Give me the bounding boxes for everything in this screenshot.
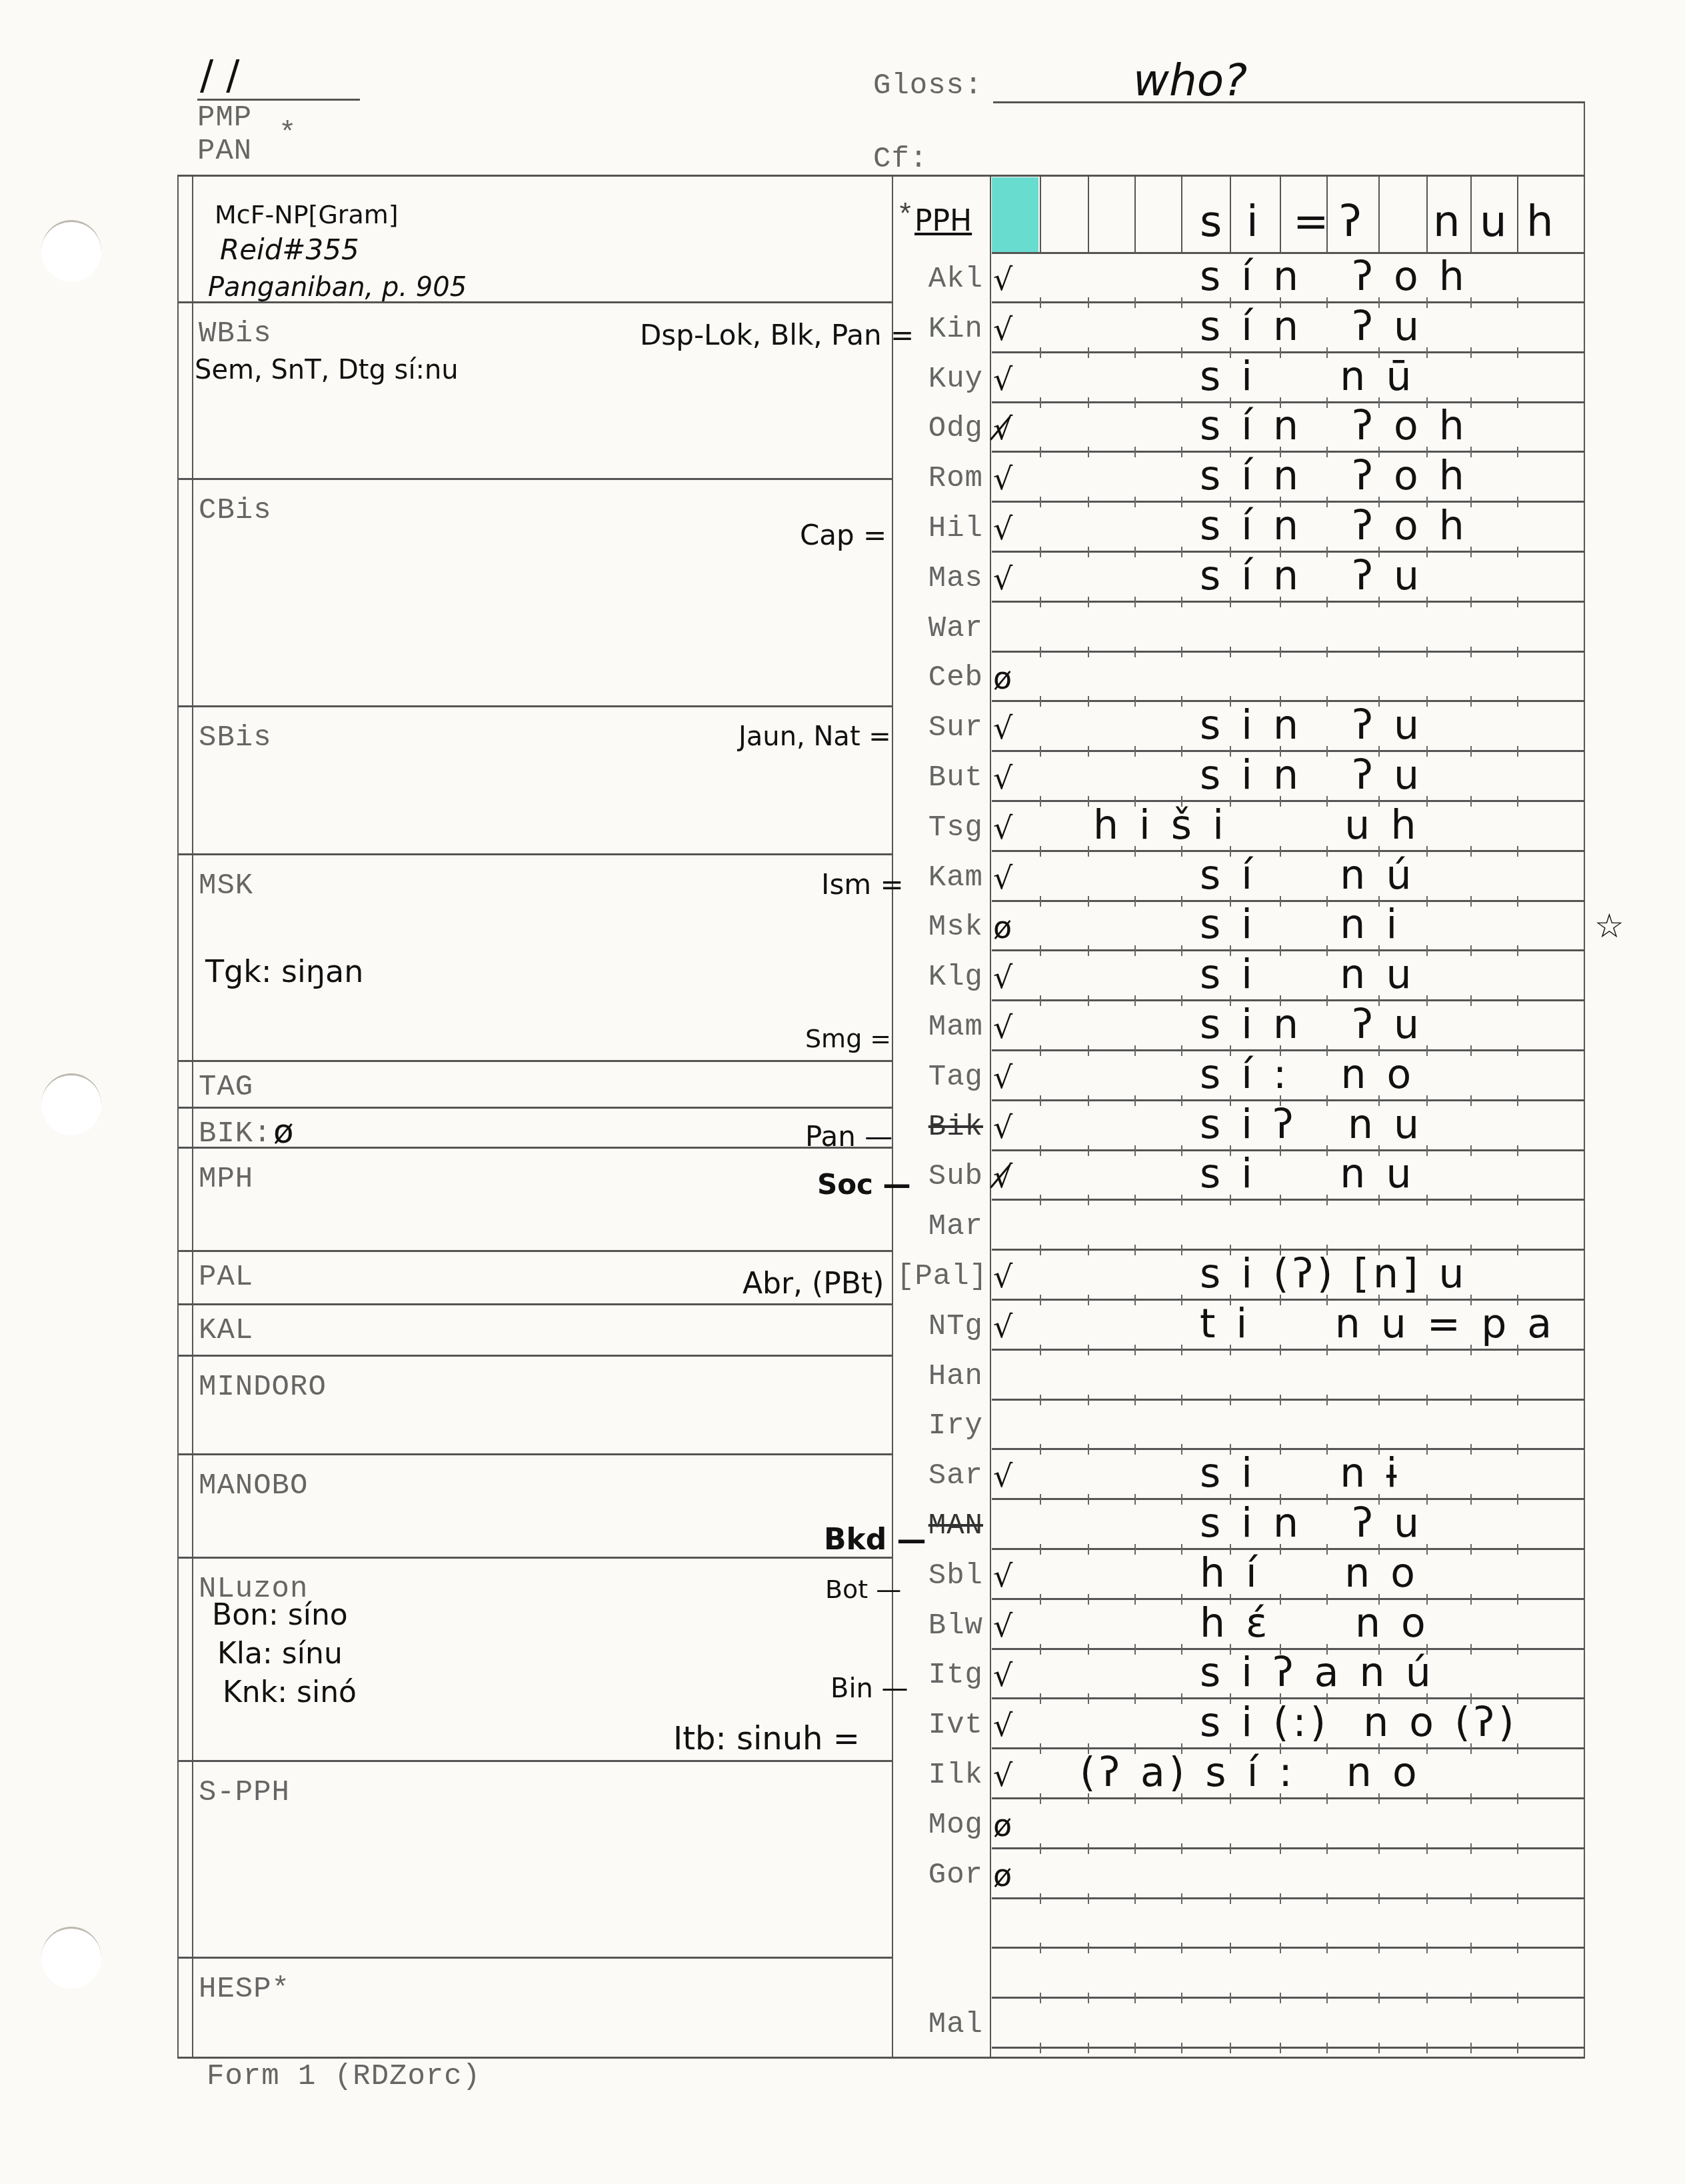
row-form: s i n ʔ u [1200, 1001, 1423, 1048]
pph-highlight [992, 177, 1038, 252]
row-tick [1470, 1743, 1472, 1754]
row-tick [1134, 647, 1136, 657]
row-tick [1181, 995, 1182, 1006]
row-abbr: Tag [896, 1061, 983, 1094]
row-tick [1088, 597, 1089, 607]
row-tick [1517, 647, 1518, 657]
row-form: s i ʔ n u [1200, 1101, 1423, 1148]
row-tick [1378, 597, 1380, 607]
row-tick [1088, 1793, 1089, 1804]
row-tick [1040, 347, 1041, 358]
row-tick [1088, 746, 1089, 757]
row-tick [1134, 547, 1136, 557]
check-mark-icon: √ [993, 511, 1012, 547]
row-tick [1134, 1045, 1136, 1056]
left-inner-frame [192, 175, 193, 2058]
section-divider [177, 1760, 892, 1762]
row-abbr: Akl [896, 263, 983, 296]
row-line [992, 1199, 1585, 1201]
row-form: s í n ʔ o h [1200, 253, 1468, 300]
row-form: h í n o [1200, 1550, 1419, 1597]
section-label-kal: KAL [199, 1314, 253, 1347]
row-abbr: Ivt [896, 1709, 983, 1742]
row-tick [1517, 297, 1518, 308]
row-tick [1040, 945, 1041, 956]
row-tick [1040, 696, 1041, 707]
row-tick [1181, 297, 1182, 308]
row-tick [1181, 1544, 1182, 1555]
row-tick [1426, 1843, 1428, 1854]
row-tick [1470, 1993, 1472, 2003]
pan-label: PAN [197, 135, 252, 168]
row-tick [1181, 1245, 1182, 1255]
row-form: s i n ū [1200, 353, 1416, 400]
row-abbr: Ilk [896, 1759, 983, 1792]
row-tick [1470, 647, 1472, 657]
row-tick [1134, 1594, 1136, 1605]
row-tick [1088, 397, 1089, 408]
row-tick [1088, 547, 1089, 557]
row-tick [1134, 1095, 1136, 1106]
check-mark-icon: √ [993, 760, 1012, 796]
row-tick [1181, 1594, 1182, 1605]
row-tick [1134, 995, 1136, 1006]
row-tick [1040, 1693, 1041, 1704]
row-form: s i n ʔ u [1200, 702, 1423, 749]
row-tick [1280, 1893, 1281, 1904]
row-tick [1378, 1843, 1380, 1854]
cf-label: Cf: [873, 143, 928, 176]
xref-itg: Bin — [831, 1673, 908, 1704]
row-tick [1517, 1993, 1518, 2003]
row-tick [1378, 2043, 1380, 2053]
row-tick [1088, 995, 1089, 1006]
row-tick [1181, 1395, 1182, 1405]
section-divider [177, 1303, 892, 1305]
row-tick [1040, 1594, 1041, 1605]
row-form: s i (ʔ) [n] u [1200, 1251, 1468, 1297]
row-abbr: Sar [896, 1459, 983, 1493]
row-abbr: Sbl [896, 1559, 983, 1593]
row-tick [1280, 597, 1281, 607]
row-tick [1181, 1943, 1182, 1953]
check-mark-icon: √̸ [993, 1159, 1012, 1195]
check-mark-icon: √ [993, 1558, 1012, 1594]
row-tick [1181, 696, 1182, 707]
row-abbr: Rom [896, 462, 983, 495]
row-abbr: War [896, 612, 983, 645]
row-form: s i n i [1200, 901, 1401, 948]
check-mark-icon: √ [993, 311, 1012, 347]
pph-cell-divider [1134, 175, 1136, 253]
row-line [992, 1797, 1585, 1799]
row-form: s í n ʔ o h [1200, 403, 1468, 449]
pph-cell-divider [1470, 175, 1472, 253]
row-tick [1470, 1345, 1472, 1355]
row-tick [1088, 1095, 1089, 1106]
section-note: Knk: sinó [223, 1675, 357, 1709]
pph-cell-divider [1517, 175, 1518, 253]
row-tick [1280, 1843, 1281, 1854]
punch-hole [41, 220, 101, 282]
row-tick [1517, 397, 1518, 408]
row-tick [1378, 1943, 1380, 1953]
row-tick [1326, 597, 1328, 607]
row-abbr: Klg [896, 961, 983, 994]
row-tick [1426, 746, 1428, 757]
row-tick [1088, 1943, 1089, 1953]
row-tick [1088, 1544, 1089, 1555]
section-divider [177, 1107, 892, 1109]
check-mark-icon: √ [993, 710, 1012, 746]
section-label-sbis: SBis [199, 721, 272, 755]
row-tick [1040, 1395, 1041, 1405]
section-label-mph: MPH [199, 1163, 253, 1196]
row-tick [1088, 1644, 1089, 1655]
pph-segment: s [1200, 197, 1222, 247]
row-tick [1470, 497, 1472, 507]
row-tick [1426, 597, 1428, 607]
row-tick [1426, 297, 1428, 308]
row-tick [1134, 696, 1136, 707]
row-tick [1470, 297, 1472, 308]
row-tick [1134, 1295, 1136, 1305]
row-tick [1134, 1644, 1136, 1655]
xref-pal: Abr, (PBt) [743, 1267, 884, 1301]
row-abbr: Bik [896, 1111, 983, 1144]
row-abbr: Mal [896, 2008, 983, 2041]
row-abbr: But [896, 761, 983, 795]
row-tick [1517, 1793, 1518, 1804]
row-tick [1426, 1045, 1428, 1056]
section-divider [177, 1957, 892, 1959]
row-line [992, 1997, 1585, 1999]
row-tick [1181, 1045, 1182, 1056]
row-tick [1470, 796, 1472, 807]
row-form: s í n ʔ o h [1200, 503, 1468, 549]
row-tick [1181, 1095, 1182, 1106]
check-mark-icon: √ [993, 860, 1012, 896]
source-line-3: Panganiban, p. 905 [208, 272, 467, 303]
row-tick [1326, 1893, 1328, 1904]
pph-segment: u [1480, 197, 1507, 247]
data-column-divider [990, 175, 991, 2058]
row-tick [1134, 297, 1136, 308]
row-line [992, 1349, 1585, 1351]
pph-segment: i [1246, 197, 1258, 247]
section-divider [177, 853, 892, 855]
row-tick [1426, 2043, 1428, 2053]
xref-kam: Ism = [821, 868, 904, 901]
row-tick [1134, 447, 1136, 457]
row-tick [1517, 995, 1518, 1006]
row-abbr: Mog [896, 1809, 983, 1842]
row-tick [1040, 1893, 1041, 1904]
row-tick [1088, 1693, 1089, 1704]
row-tick [1517, 1644, 1518, 1655]
row-tick [1040, 846, 1041, 857]
row-form: h i š i u h [1093, 802, 1420, 849]
row-tick [1134, 397, 1136, 408]
row-tick [1517, 1594, 1518, 1605]
row-tick [1470, 1494, 1472, 1505]
form-footer: Form 1 (RDZorc) [207, 2060, 481, 2093]
abbrev-column-divider [892, 175, 893, 2058]
row-tick [1040, 896, 1041, 907]
row-tick [1134, 2043, 1136, 2053]
xref-sub: Soc — [817, 1168, 911, 1201]
row-tick [1230, 647, 1231, 657]
row-tick [1517, 945, 1518, 956]
row-tick [1517, 1444, 1518, 1455]
row-tick [1181, 1993, 1182, 2003]
row-form: s i n u [1200, 951, 1416, 998]
pph-label: PPH [914, 204, 972, 238]
section-divider [177, 1355, 892, 1357]
row-tick [1134, 1195, 1136, 1205]
row-abbr: NTg [896, 1310, 983, 1343]
row-tick [1088, 1295, 1089, 1305]
row-tick [1426, 1893, 1428, 1904]
null-mark-icon: ø [993, 660, 1012, 696]
row-tick [1181, 1494, 1182, 1505]
row-tick [1378, 1793, 1380, 1804]
row-tick [1517, 1544, 1518, 1555]
row-tick [1230, 1345, 1231, 1355]
pph-cell-divider [1426, 175, 1428, 253]
xref-ivt: Itb: sinuh = [673, 1720, 860, 1757]
row-tick [1134, 1693, 1136, 1704]
row-tick [1134, 1843, 1136, 1854]
pph-cell-divider [1584, 175, 1585, 253]
check-mark-icon: √ [993, 561, 1012, 597]
gloss-underline [993, 101, 1585, 103]
proto-underline [197, 99, 360, 101]
row-tick [1426, 1494, 1428, 1505]
row-tick [1088, 1494, 1089, 1505]
row-tick [1040, 1345, 1041, 1355]
row-form: s í n ú [1200, 852, 1416, 899]
row-tick [1280, 1943, 1281, 1953]
row-tick [1181, 1345, 1182, 1355]
row-form: t i n u = p a [1200, 1301, 1556, 1347]
row-tick [1230, 2043, 1231, 2053]
row-tick [1517, 497, 1518, 507]
table-bottom-border [177, 2057, 1585, 2059]
row-tick [1470, 1893, 1472, 1904]
row-tick [1426, 896, 1428, 907]
check-mark-icon: √ [993, 1657, 1012, 1693]
row-tick [1134, 1145, 1136, 1156]
row-tick [1181, 1793, 1182, 1804]
row-tick [1230, 1793, 1231, 1804]
row-tick [1470, 1644, 1472, 1655]
row-tick [1470, 1444, 1472, 1455]
row-tick [1040, 1245, 1041, 1255]
pph-cell-divider [1230, 175, 1231, 253]
row-tick [1470, 397, 1472, 408]
row-tick [1517, 1195, 1518, 1205]
row-tick [1470, 1793, 1472, 1804]
pph-cell-divider [1040, 175, 1041, 253]
row-tick [1426, 1345, 1428, 1355]
row-tick [1280, 1195, 1281, 1205]
row-tick [1181, 1145, 1182, 1156]
row-tick [1470, 547, 1472, 557]
row-tick [1088, 297, 1089, 308]
row-abbr: Mar [896, 1210, 983, 1243]
row-tick [1181, 1843, 1182, 1854]
check-mark-icon: √ [993, 810, 1012, 846]
row-tick [1470, 945, 1472, 956]
check-mark-icon: √ [993, 1009, 1012, 1045]
row-tick [1134, 1494, 1136, 1505]
row-tick [1181, 1893, 1182, 1904]
row-tick [1181, 1693, 1182, 1704]
row-abbr: Han [896, 1360, 983, 1393]
pph-cell-divider [1280, 175, 1281, 253]
row-tick [1378, 1195, 1380, 1205]
row-tick [1426, 796, 1428, 807]
row-tick [1230, 1395, 1231, 1405]
row-tick [1040, 1444, 1041, 1455]
row-tick [1517, 1245, 1518, 1255]
section-note: Kla: sínu [217, 1637, 343, 1671]
check-mark-icon: √̸ [993, 411, 1012, 447]
row-tick [1040, 1993, 1041, 2003]
check-mark-icon: √ [993, 1309, 1012, 1345]
row-tick [1426, 1743, 1428, 1754]
row-tick [1517, 1095, 1518, 1106]
row-tick [1470, 1045, 1472, 1056]
xref-tag-pan: Pan — [805, 1120, 892, 1153]
row-tick [1088, 347, 1089, 358]
pph-cell-divider [1088, 175, 1089, 253]
row-tick [1470, 746, 1472, 757]
row-abbr: Hil [896, 512, 983, 545]
row-tick [1134, 1345, 1136, 1355]
section-note: ø [273, 1112, 294, 1151]
row-tick [1517, 1843, 1518, 1854]
xref-hil: Cap = [800, 519, 886, 551]
row-tick [1517, 547, 1518, 557]
row-tick [1134, 746, 1136, 757]
row-tick [1230, 1943, 1231, 1953]
row-tick [1470, 1544, 1472, 1555]
section-divider [177, 478, 892, 480]
section-label-bik-: BIK: [199, 1117, 272, 1151]
row-tick [1040, 1843, 1041, 1854]
row-form: s i n ʔ u [1200, 1500, 1423, 1547]
pph-star: * [896, 200, 914, 233]
row-tick [1134, 1444, 1136, 1455]
row-tick [1134, 1793, 1136, 1804]
section-label-cbis: CBis [199, 494, 272, 527]
row-tick [1040, 647, 1041, 657]
section-divider [177, 1060, 892, 1062]
row-tick [1326, 1395, 1328, 1405]
row-tick [1517, 347, 1518, 358]
row-abbr: Gor [896, 1859, 983, 1892]
row-tick [1280, 1993, 1281, 2003]
section-divider [177, 1250, 892, 1252]
row-tick [1088, 447, 1089, 457]
row-tick [1040, 1295, 1041, 1305]
row-tick [1280, 1345, 1281, 1355]
row-tick [1426, 1793, 1428, 1804]
row-tick [1470, 1594, 1472, 1605]
pph-cell-divider [1181, 175, 1182, 253]
row-abbr: Kuy [896, 363, 983, 396]
check-mark-icon: √ [993, 261, 1012, 297]
row-tick [1470, 1943, 1472, 1953]
row-tick [1181, 896, 1182, 907]
row-tick [1517, 1345, 1518, 1355]
null-mark-icon: ø [993, 909, 1012, 945]
row-tick [1088, 1444, 1089, 1455]
row-tick [1470, 696, 1472, 707]
row-tick [1088, 647, 1089, 657]
row-tick [1378, 1893, 1380, 1904]
pph-segment: h [1526, 197, 1554, 247]
row-form: s í n ʔ o h [1200, 453, 1468, 499]
row-tick [1517, 597, 1518, 607]
row-line [992, 1897, 1585, 1899]
row-form: s i ʔ a n ú [1200, 1649, 1435, 1696]
row-tick [1426, 945, 1428, 956]
row-tick [1426, 1145, 1428, 1156]
row-abbr: [Pal] [896, 1260, 983, 1293]
row-tick [1181, 945, 1182, 956]
row-tick [1426, 1395, 1428, 1405]
row-abbr: Mam [896, 1011, 983, 1044]
row-abbr: Ceb [896, 661, 983, 695]
row-line [992, 1947, 1585, 1949]
pph-segment: n [1433, 197, 1460, 247]
row-tick [1134, 1893, 1136, 1904]
row-abbr: Tsg [896, 811, 983, 845]
section-label-pal: PAL [199, 1261, 253, 1294]
row-tick [1326, 2043, 1328, 2053]
row-tick [1378, 1395, 1380, 1405]
punch-hole [41, 1073, 101, 1135]
check-mark-icon: √ [993, 361, 1012, 397]
row-tick [1517, 696, 1518, 707]
section-label-mindoro: MINDORO [199, 1371, 327, 1404]
section-label-msk: MSK [199, 869, 253, 903]
row-tick [1426, 1993, 1428, 2003]
section-label-s-pph: S-PPH [199, 1776, 290, 1809]
row-form: s i n ʔ u [1200, 752, 1423, 799]
row-tick [1517, 746, 1518, 757]
row-tick [1517, 1395, 1518, 1405]
gloss-label: Gloss: [873, 69, 982, 103]
check-mark-icon: √ [993, 1109, 1012, 1145]
row-tick [1088, 2043, 1089, 2053]
row-tick [1280, 1395, 1281, 1405]
row-tick [1230, 1843, 1231, 1854]
row-tick [1280, 1793, 1281, 1804]
section-label-wbis: WBis [199, 317, 272, 351]
row-tick [1470, 1095, 1472, 1106]
section-divider [177, 705, 892, 707]
check-mark-icon: √ [993, 461, 1012, 497]
proto-slashes: / / [200, 52, 240, 99]
row-tick [1470, 2043, 1472, 2053]
check-mark-icon: √ [993, 1059, 1012, 1095]
row-tick [1040, 397, 1041, 408]
row-tick [1088, 1893, 1089, 1904]
